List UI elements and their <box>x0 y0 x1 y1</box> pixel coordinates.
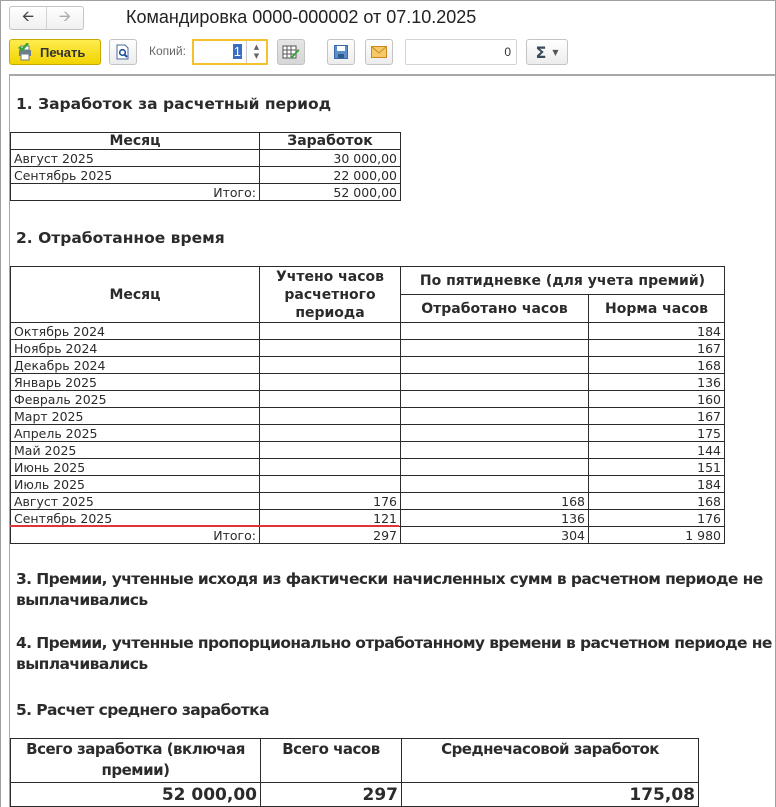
counted-cell <box>260 323 401 340</box>
amount-cell: 22 000,00 <box>260 167 401 184</box>
counted-cell <box>260 442 401 459</box>
counted-cell <box>260 357 401 374</box>
norm-cell: 151 <box>589 459 725 476</box>
table-row: Март 2025167 <box>11 408 725 425</box>
red-underline-annotation <box>10 525 399 527</box>
total-label: Итого: <box>11 184 260 201</box>
total-earnings-value: 52 000,00 <box>11 783 261 807</box>
month-cell: Декабрь 2024 <box>11 357 260 374</box>
table-row: Август 2025 30 000,00 <box>11 150 401 167</box>
column-header: Всего часов <box>261 739 402 783</box>
table-row: Ноябрь 2024167 <box>11 340 725 357</box>
printer-icon <box>16 43 34 61</box>
worked-cell <box>401 323 589 340</box>
table-row: Май 2025144 <box>11 442 725 459</box>
worked-cell <box>401 340 589 357</box>
total-value: 52 000,00 <box>260 184 401 201</box>
total-row: Итого: 52 000,00 <box>11 184 401 201</box>
worked-cell <box>401 408 589 425</box>
send-email-button[interactable] <box>365 39 393 65</box>
column-header: Учтено часов расчетного периода <box>260 267 401 323</box>
worked-cell <box>401 374 589 391</box>
month-cell: Февраль 2025 <box>11 391 260 408</box>
total-worked: 304 <box>401 527 589 544</box>
column-header: Отработано часов <box>401 295 589 323</box>
sum-mode-button[interactable]: Σ ▼ <box>526 39 568 65</box>
table-row: Сентябрь 2025 22 000,00 <box>11 167 401 184</box>
table-row: Июнь 2025151 <box>11 459 725 476</box>
back-button[interactable]: 🡨 <box>10 7 47 29</box>
column-header: Месяц <box>11 133 260 150</box>
copies-input[interactable]: 1 <box>194 41 246 63</box>
hourly-average-value: 175,08 <box>402 783 699 807</box>
section3-title: 3. Премии, учтенные исходя из фактически… <box>16 569 775 611</box>
arrow-left-icon: 🡨 <box>22 6 34 31</box>
table-row: Январь 2025136 <box>11 374 725 391</box>
counted-cell <box>260 408 401 425</box>
edit-mode-button[interactable] <box>277 39 305 65</box>
month-cell: Сентябрь 2025 <box>11 167 260 184</box>
norm-cell: 184 <box>589 323 725 340</box>
norm-cell: 168 <box>589 357 725 374</box>
print-label: Печать <box>40 45 85 60</box>
month-cell: Сентябрь 2025 <box>11 510 260 527</box>
worked-cell <box>401 476 589 493</box>
total-label: Итого: <box>11 527 260 544</box>
worked-cell <box>401 425 589 442</box>
floppy-disk-icon <box>334 45 348 59</box>
worked-cell <box>401 357 589 374</box>
month-cell: Август 2025 <box>11 493 260 510</box>
column-header: Заработок <box>260 133 401 150</box>
copies-label: Копий: <box>149 44 186 58</box>
norm-cell: 160 <box>589 391 725 408</box>
section5-title: 5. Расчет среднего заработка <box>16 700 269 721</box>
norm-cell: 167 <box>589 340 725 357</box>
counted-cell <box>260 425 401 442</box>
table-row: 52 000,00 297 175,08 <box>11 783 699 807</box>
worked-cell <box>401 459 589 476</box>
arrow-right-icon: 🡪 <box>59 6 71 31</box>
counted-cell <box>260 476 401 493</box>
preview-button[interactable] <box>109 39 137 65</box>
month-cell: Май 2025 <box>11 442 260 459</box>
month-cell: Октябрь 2024 <box>11 323 260 340</box>
worked-cell: 168 <box>401 493 589 510</box>
worked-cell <box>401 442 589 459</box>
total-norm: 1 980 <box>589 527 725 544</box>
column-header: Норма часов <box>589 295 725 323</box>
norm-cell: 175 <box>589 425 725 442</box>
window-title: Командировка 0000-000002 от 07.10.2025 <box>126 7 476 28</box>
navigation-buttons: 🡨 🡪 <box>9 6 84 30</box>
section2-title: 2. Отработанное время <box>16 229 225 247</box>
month-cell: Апрель 2025 <box>11 425 260 442</box>
copies-spin-buttons[interactable]: ▲▼ <box>246 41 266 63</box>
counted-cell: 121 <box>260 510 401 527</box>
counted-cell <box>260 391 401 408</box>
total-row: Итого: 297 304 1 980 <box>11 527 725 544</box>
month-cell: Ноябрь 2024 <box>11 340 260 357</box>
counted-cell <box>260 340 401 357</box>
sum-field: 0 <box>405 39 517 65</box>
month-cell: Июнь 2025 <box>11 459 260 476</box>
print-preview-icon <box>116 44 130 60</box>
edit-table-icon <box>282 44 300 60</box>
month-cell: Июль 2025 <box>11 476 260 493</box>
print-button[interactable]: Печать <box>9 39 101 65</box>
counted-cell: 176 <box>260 493 401 510</box>
norm-cell: 144 <box>589 442 725 459</box>
column-header: Месяц <box>11 267 260 323</box>
norm-cell: 176 <box>589 510 725 527</box>
envelope-icon <box>371 46 387 58</box>
norm-cell: 136 <box>589 374 725 391</box>
table-row: Август 2025176168168 <box>11 493 725 510</box>
table-row: Июль 2025184 <box>11 476 725 493</box>
copies-stepper[interactable]: 1 ▲▼ <box>192 39 268 65</box>
chevron-down-icon: ▼ <box>552 48 558 57</box>
sigma-icon: Σ <box>535 43 546 62</box>
column-header: Всего заработка (включая премии) <box>11 739 261 783</box>
table-row: Февраль 2025160 <box>11 391 725 408</box>
table-row: Сентябрь 2025121136176 <box>11 510 725 527</box>
save-button[interactable] <box>327 39 355 65</box>
month-cell: Август 2025 <box>11 150 260 167</box>
norm-cell: 167 <box>589 408 725 425</box>
table-row: Октябрь 2024184 <box>11 323 725 340</box>
column-header: Среднечасовой заработок <box>402 739 699 783</box>
month-cell: Январь 2025 <box>11 374 260 391</box>
total-counted: 297 <box>260 527 401 544</box>
counted-cell <box>260 374 401 391</box>
worked-cell <box>401 391 589 408</box>
earnings-table: Месяц Заработок Август 2025 30 000,00 Се… <box>10 132 401 201</box>
section4-title: 4. Премии, учтенные пропорционально отра… <box>16 633 775 675</box>
norm-cell: 168 <box>589 493 725 510</box>
average-earnings-table: Всего заработка (включая премии) Всего ч… <box>10 738 699 807</box>
column-group-header: По пятидневке (для учета премий) <box>401 267 725 295</box>
section1-title: 1. Заработок за расчетный период <box>16 95 331 113</box>
worked-cell: 136 <box>401 510 589 527</box>
print-form-window: 🡨 🡪 Командировка 0000-000002 от 07.10.20… <box>0 0 776 807</box>
table-row: Декабрь 2024168 <box>11 357 725 374</box>
table-row: Апрель 2025175 <box>11 425 725 442</box>
counted-cell <box>260 459 401 476</box>
total-hours-value: 297 <box>261 783 402 807</box>
spreadsheet-document[interactable]: 1. Заработок за расчетный период Месяц З… <box>10 76 775 807</box>
hours-table: Месяц Учтено часов расчетного периода По… <box>10 266 725 544</box>
forward-button[interactable]: 🡪 <box>47 7 83 29</box>
norm-cell: 184 <box>589 476 725 493</box>
amount-cell: 30 000,00 <box>260 150 401 167</box>
month-cell: Март 2025 <box>11 408 260 425</box>
